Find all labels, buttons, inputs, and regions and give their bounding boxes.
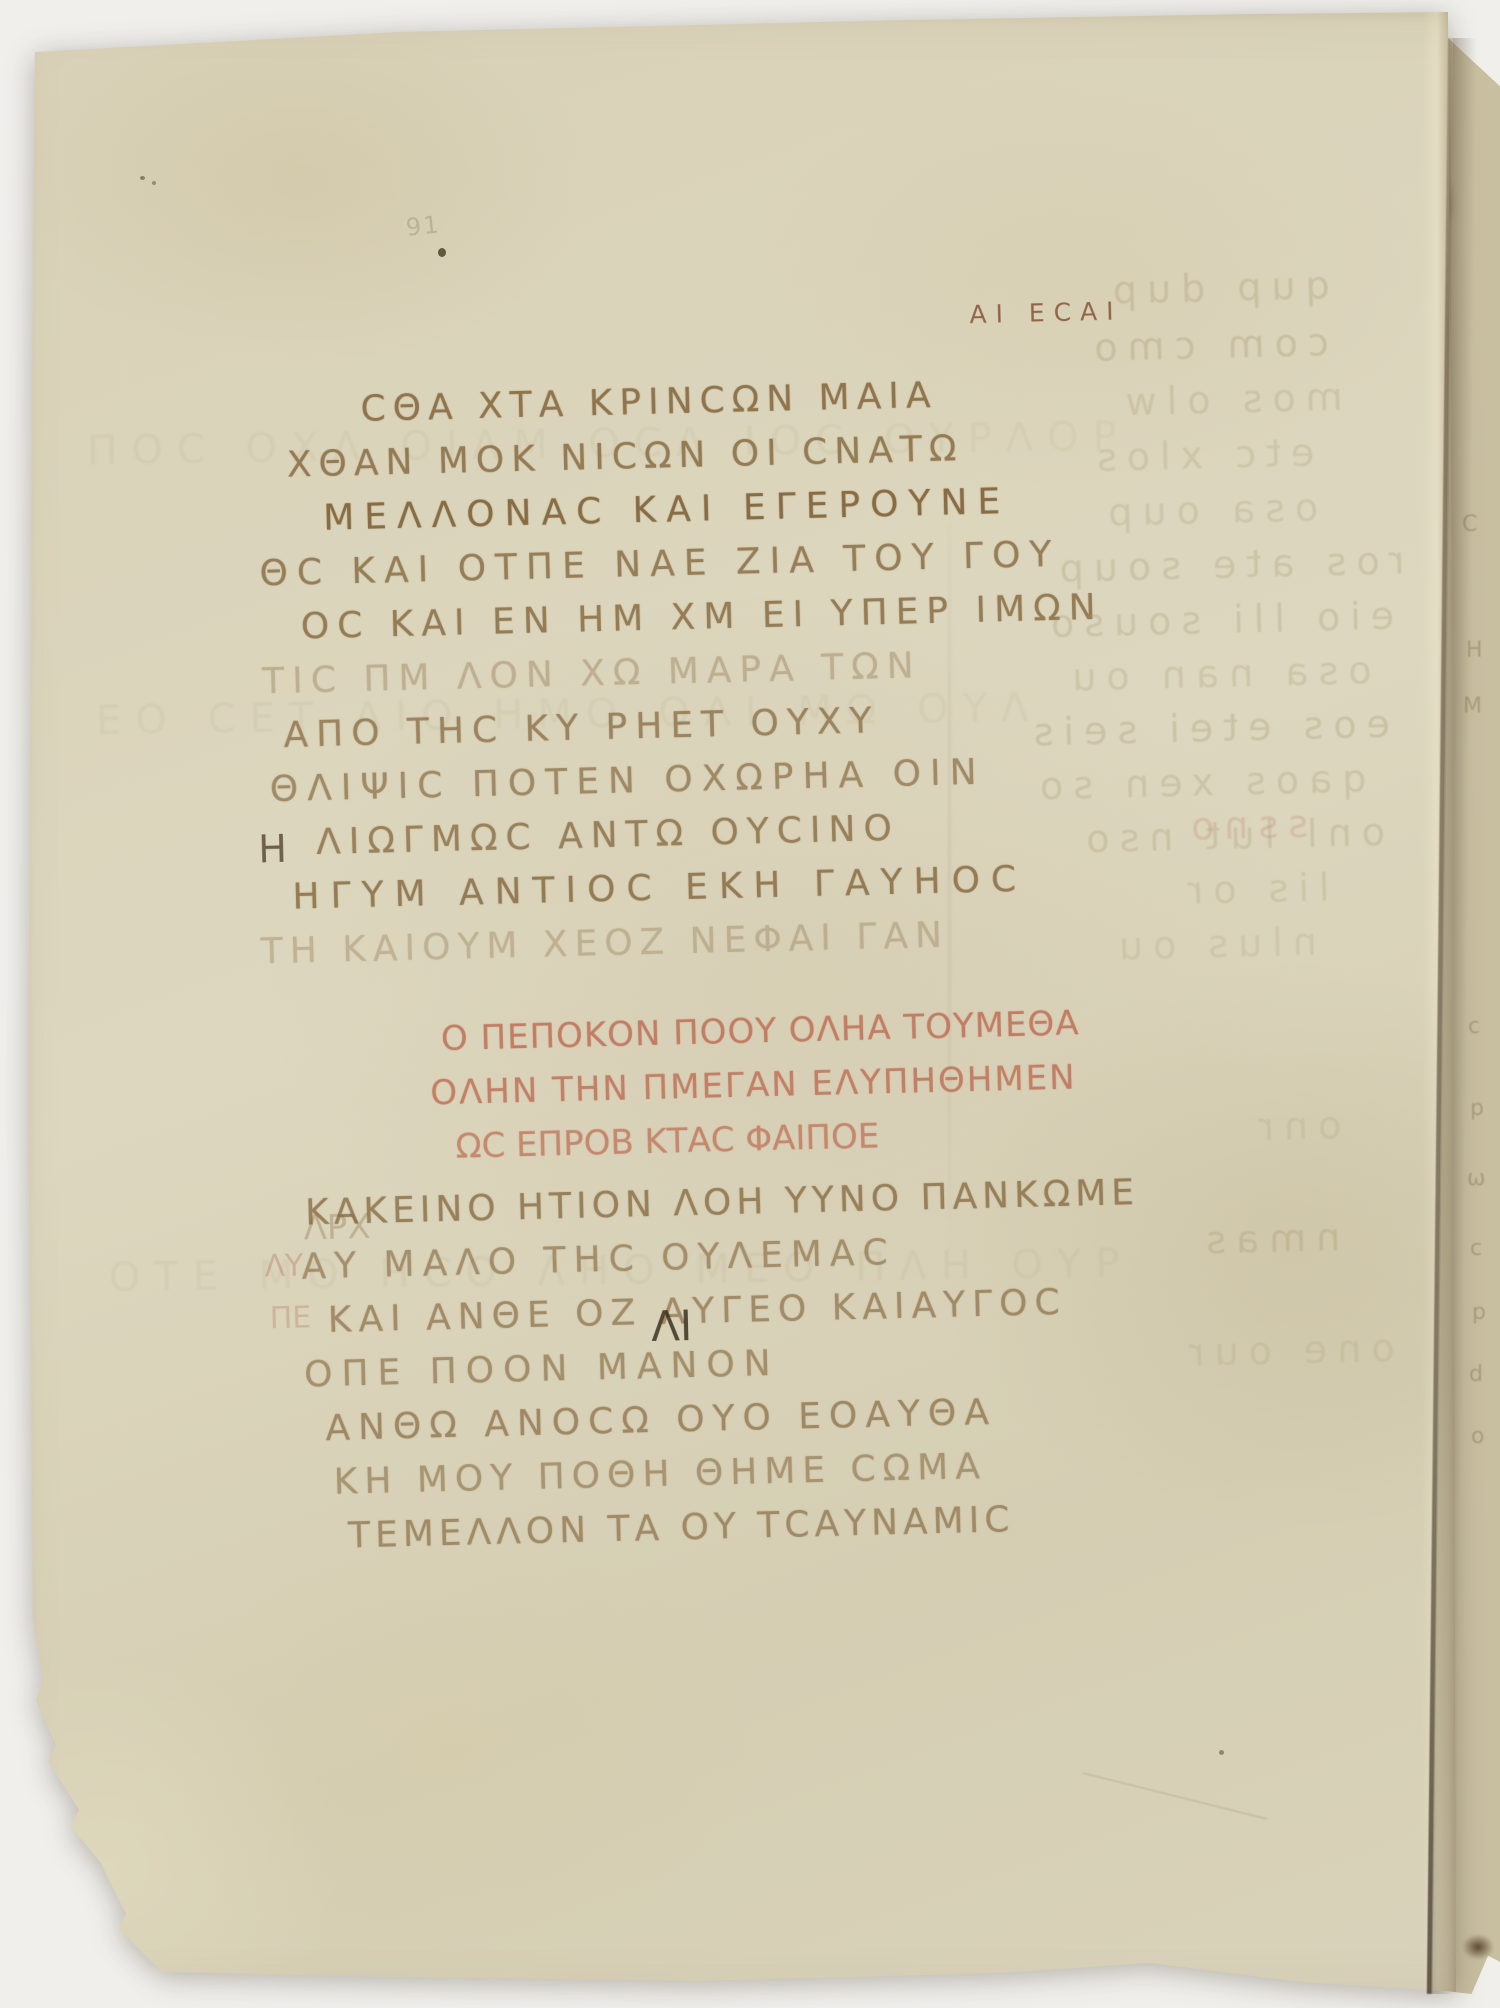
margin-letter: Η: [258, 827, 288, 872]
text-line: ΘC ΚΑΙ ΟΤΠΕ ΝΑΕ ΖΙΑ ΤΟΥ ΓΟΥ: [259, 534, 1061, 595]
rubric-line: ΩC ΕΠΡΟΒ ΚΤΑC ΦΑΙΠΟΕ: [455, 1116, 880, 1166]
bleedthrough-fragment: nlus ou: [1108, 920, 1317, 969]
bleedthrough-fragment: mos olw: [1115, 375, 1343, 425]
text-line: ΟC ΚΑΙ ΕΝ ΗΜ ΧΜ ΕΙ ΥΠΕΡ ΙΜΩΝ: [300, 587, 1104, 648]
text-line: ΘΛΙΨΙC ΠΟΤΕΝ ΟΧΩΡΗΑ ΟΙΝ: [269, 752, 986, 810]
rubric-line: Ο ΠΕΠΟΚΟΝ ΠΟΟΥ ΟΛΗΑ ΤΟΥΜΕΘΑ: [441, 1003, 1080, 1059]
text-line: ΟΠΕ ΠΟΟΝ ΜΑΝΟΝ: [304, 1343, 780, 1396]
text-line: ΑΥ ΜΑΛΟ ΤΗC ΟΥΛΕΜΑC: [301, 1232, 896, 1288]
bleedthrough-fragment: qaos xen so: [1029, 756, 1366, 808]
manuscript-photo: C Η Μ c p ω c p d o ΠΟC ΟΧΛ ΟΙΛΜ ΟCΛ ΙΟC…: [0, 0, 1500, 2008]
bleedthrough-fragment: eio lli souso: [1040, 594, 1394, 647]
bleedthrough-fragment: eos etei seis: [1023, 702, 1390, 755]
margin-letter: ΛΡΧ: [303, 1207, 371, 1249]
text-line: ΜΕΛΛΟΝΑC ΚΑΙ ΕΓΕΡΟΥΝΕ: [323, 481, 1011, 539]
text-line: ΧΘΑΝ ΜΟΚ ΝΙCΩΝ ΟΙ CΝΑΤΩ: [286, 428, 963, 486]
bleedthrough-fragment: nmas: [1196, 1215, 1341, 1263]
text-line: ΤΕΜΕΛΛΟΝ ΤΑ ΟΥ ΤCΑΥΝΑΜΙC: [348, 1499, 1015, 1556]
bleedthrough-fragment: osa oup: [1098, 485, 1319, 534]
bleedthrough-fragment: osa nan ou: [1062, 648, 1372, 700]
pencil-folio-mark: 91: [405, 210, 442, 241]
text-line: ΗΓΥΜ ΑΝΤΙΟC ΕΚΗ ΓΑΥΗΟC: [292, 859, 1028, 918]
ink-speck: [438, 248, 446, 257]
running-title: ΑΙ ΕϹΑΙ: [969, 296, 1123, 329]
ink-speck: [152, 181, 156, 185]
margin-letter: ΛΥ: [264, 1248, 304, 1284]
text-line: ΛΙΩΓΜΩC ΑΝΤΩ ΟΥCΙΝΟ: [316, 808, 901, 863]
text-line: ΚΗ ΜΟΥ ΠΟΘΗ ΘΗΜΕ CΩΜΑ: [333, 1446, 987, 1503]
text-line: CΘΑ ΧΤΑ ΚΡΙΝCΩΝ ΜΑΙΑ: [360, 375, 938, 430]
bleedthrough-fragment: ros ate soup: [1049, 538, 1405, 591]
text-line: ΚΑΙ ΑΝΘΕ ΟΖ ΑΥΓΕΟ ΚΑΙΑΥΓΟC: [327, 1282, 1067, 1341]
text-line: ΚΑΚΕΙΝΟ ΗΤΙΟΝ ΛΟΗ ΥΥΝΟ ΠΑΝΚΩΜΕ: [305, 1172, 1140, 1233]
text-line: ΑΝΘΩ ΑΝΟCΩ ΟΥΟ ΕΟΑΥΘΑ: [325, 1392, 997, 1449]
text-line: ΑΠΟ ΤΗC ΚΥ ΡΗΕΤ ΟΥΧΥ: [283, 700, 880, 756]
bleedthrough-fragment: onr: [1248, 1103, 1342, 1149]
dark-ink-mark: ΛΙ: [650, 1301, 692, 1351]
bleedthrough-fragment: etc xlos: [1086, 431, 1314, 481]
margin-letter: ΠΕ: [269, 1300, 311, 1336]
text-line: ΤΗ ΚΑΙΟΥΜ ΧΕΟΖ ΝΕΦΑΙ ΓΑΝ: [260, 915, 949, 973]
bleedthrough-fragment: qup dup: [1102, 263, 1330, 313]
rubric-line: ΟΛΗΝ ΤΗΝ ΠΜΕΓΑΝ ΕΛΥΠΗΘΗΜΕΝ: [430, 1058, 1077, 1114]
bleedthrough-fragment: one our: [1178, 1326, 1395, 1375]
ink-speck: [1219, 1750, 1224, 1755]
text-line: ΤΙC ΠΜ ΛΟΝ ΧΩ ΜΑΡΑ ΤΩΝ: [262, 645, 922, 702]
bleedthrough-fragment: com cmo: [1084, 320, 1329, 370]
bleedthrough-fragment: lis or: [1177, 865, 1330, 913]
ink-speck: [140, 176, 145, 180]
bleedthrough-fragment: ssno: [1180, 802, 1308, 849]
gutter-stain: [1462, 1934, 1494, 1960]
overtext-layer: ΑΙ ΕϹΑΙ CΘΑ ΧΤΑ ΚΡΙΝCΩΝ ΜΑΙΑ ΧΘΑΝ ΜΟΚ ΝΙ…: [0, 0, 1500, 2008]
